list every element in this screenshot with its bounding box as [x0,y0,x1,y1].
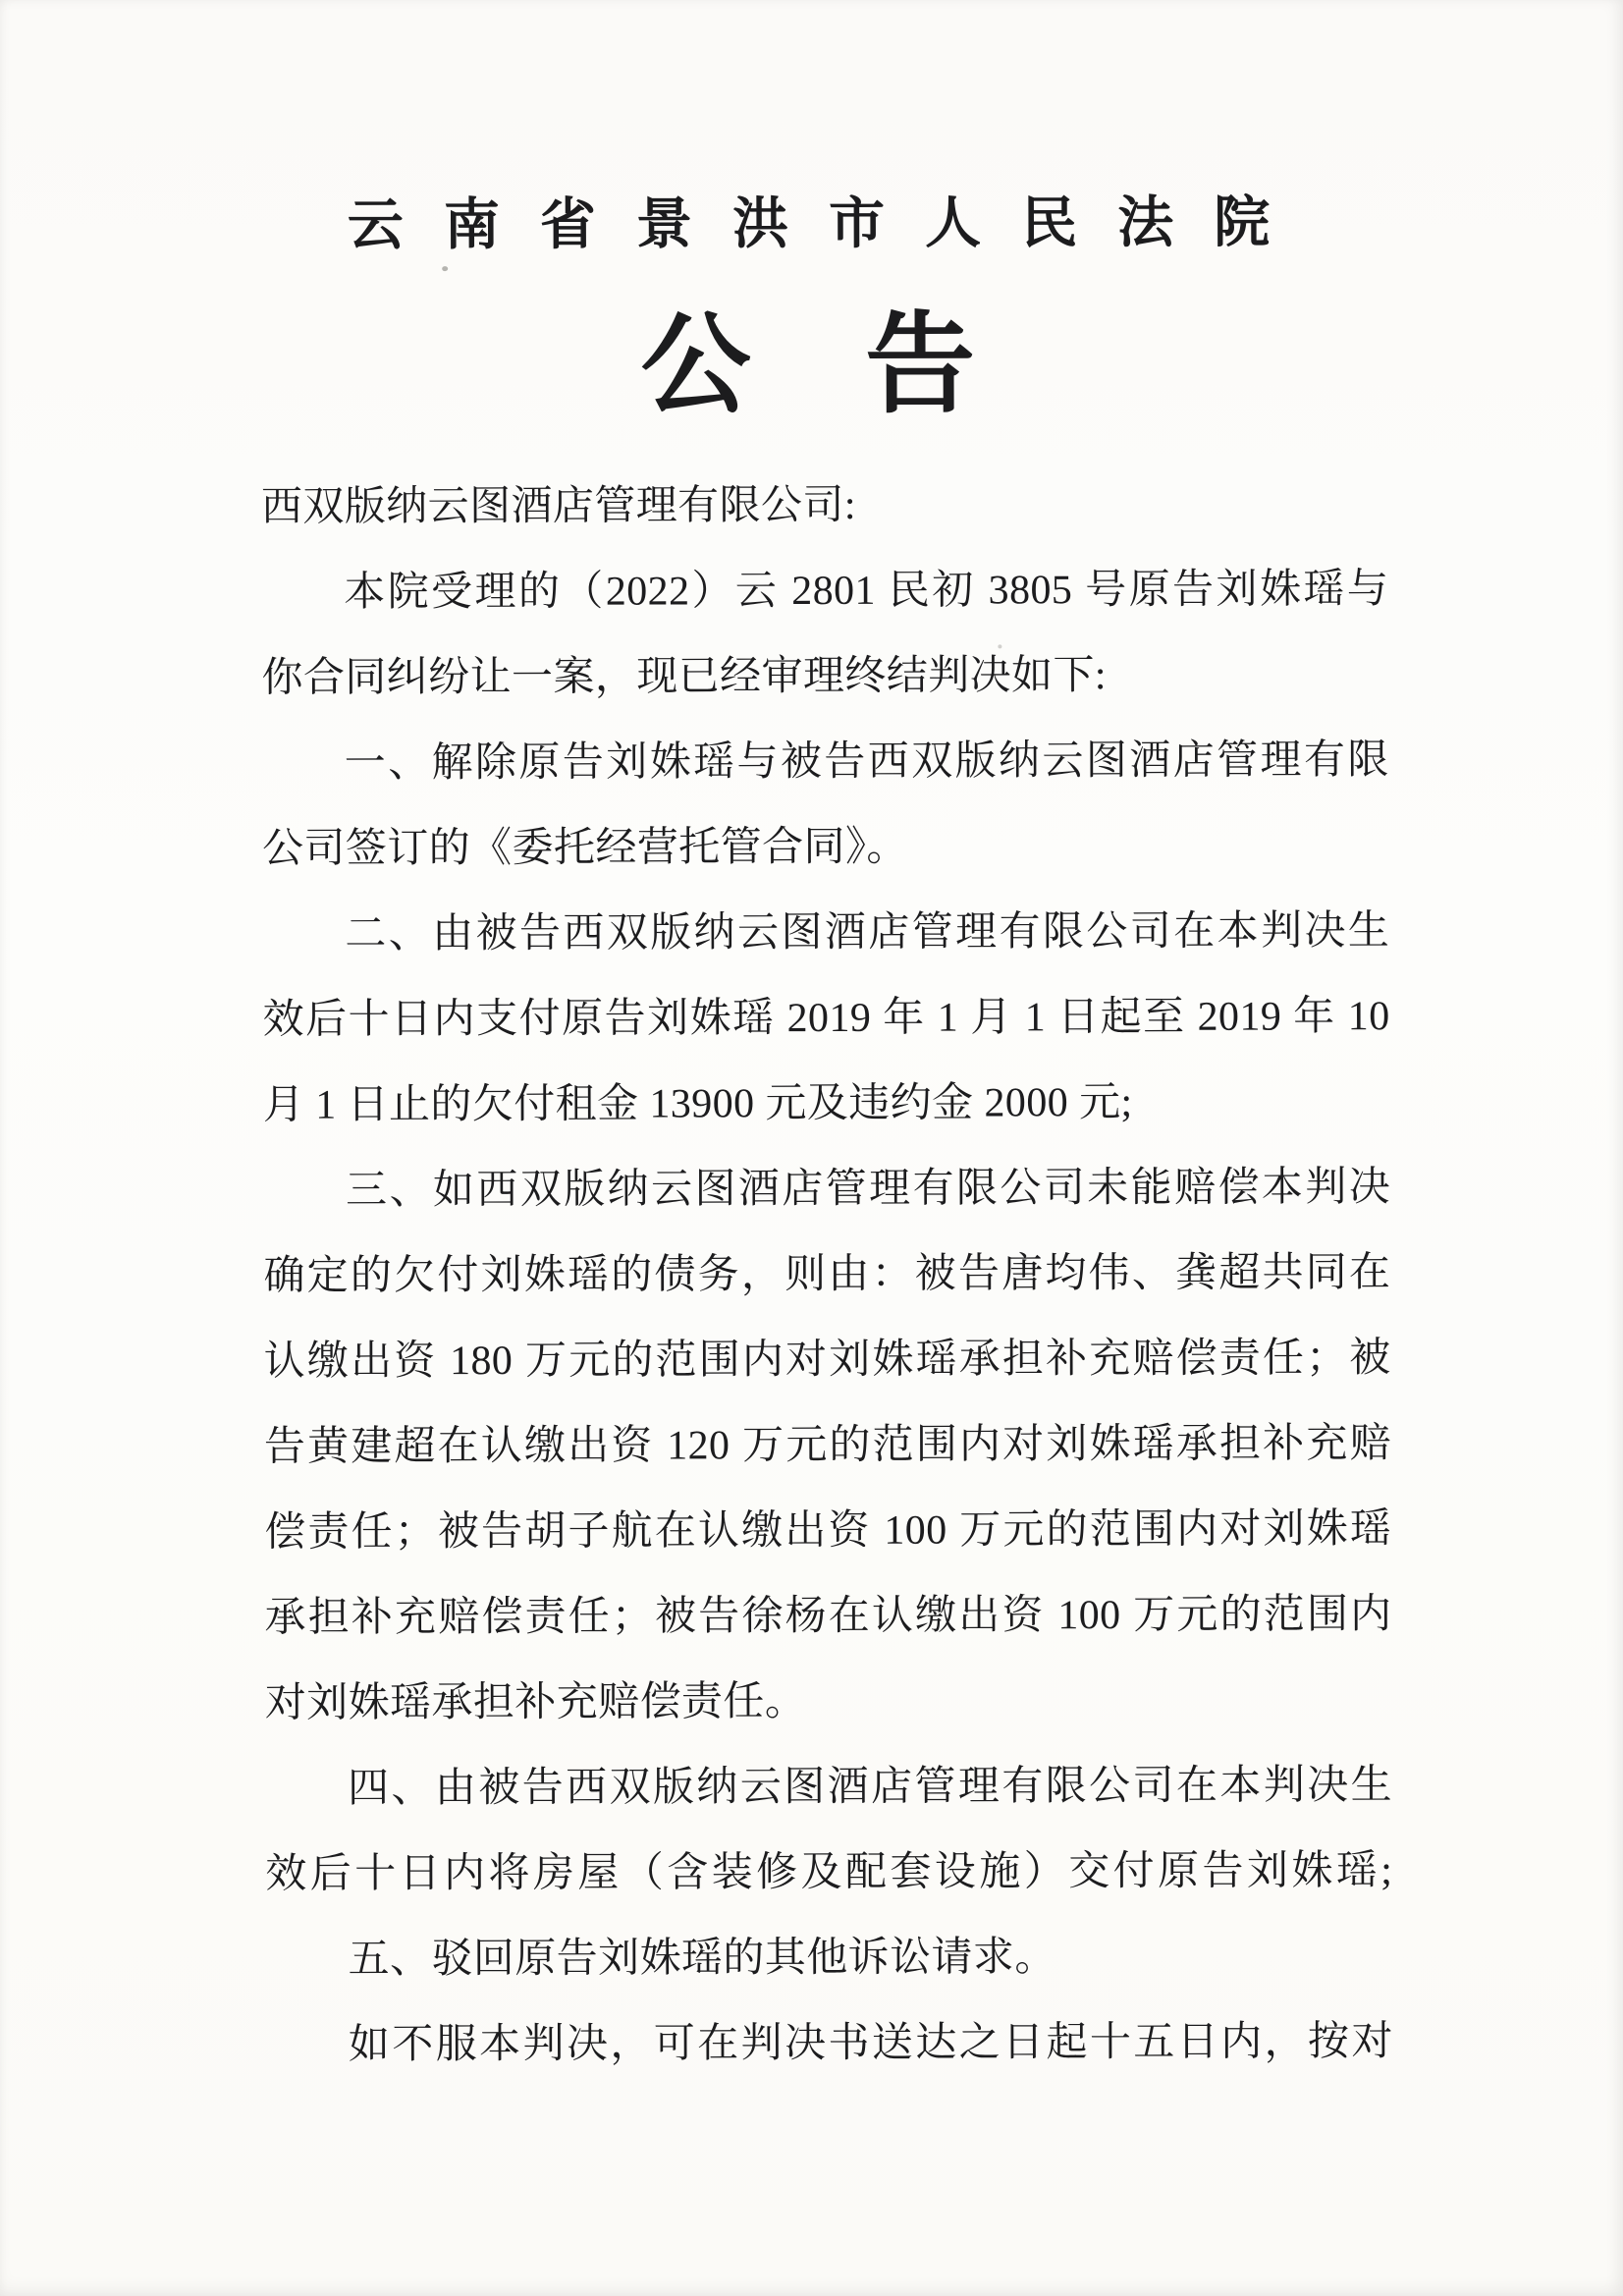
document-line: 四、由被告西双版纳云图酒店管理有限公司在本判决生 [265,1743,1392,1832]
document-line: 认缴出资 180 万元的范围内对刘姝瑶承担补充赔偿责任；被 [264,1316,1391,1405]
document-line: 你合同纠纷让一案，现已经审理终结判决如下: [261,632,1388,722]
document-line: 效后十日内支付原告刘姝瑶 2019 年 1 月 1 日起至 2019 年 10 [262,974,1389,1064]
document-line: 五、驳回原告刘姝瑶的其他诉讼请求。 [265,1914,1392,2003]
document-line: 公司签订的《委托经营托管合同》。 [262,803,1389,893]
document-body: 西双版纳云图酒店管理有限公司: 本院受理的（2022）云 2801 民初 380… [261,462,1393,2089]
document-line: 一、解除原告刘姝瑶与被告西双版纳云图酒店管理有限 [262,718,1389,807]
scanned-document-page: 云南省景洪市人民法院 公 告 西双版纳云图酒店管理有限公司: 本院受理的（202… [0,0,1623,2296]
document-line: 月 1 日止的欠付租金 13900 元及违约金 2000 元; [263,1060,1390,1149]
document-line: 承担补充赔偿责任；被告徐杨在认缴出资 100 万元的范围内 [264,1572,1391,1662]
scan-speck [998,644,1001,648]
document-line: 本院受理的（2022）云 2801 民初 3805 号原告刘姝瑶与 [261,547,1388,636]
document-line: 偿责任；被告胡子航在认缴出资 100 万元的范围内对刘姝瑶 [264,1487,1391,1576]
court-name-heading: 云南省景洪市人民法院 [0,191,1620,258]
document-sheet: 云南省景洪市人民法院 公 告 西双版纳云图酒店管理有限公司: 本院受理的（202… [0,0,1623,2296]
salutation-line: 西双版纳云图酒店管理有限公司: [261,462,1388,551]
document-line: 效后十日内将房屋（含装修及配套设施）交付原告刘姝瑶; [265,1829,1392,1918]
document-title: 公 告 [0,301,1621,432]
document-line: 二、由被告西双版纳云图酒店管理有限公司在本判决生 [262,889,1389,978]
document-line: 确定的欠付刘姝瑶的债务，则由：被告唐均伟、龚超共同在 [263,1230,1390,1320]
document-line: 三、如西双版纳云图酒店管理有限公司未能赔偿本判决 [263,1145,1390,1234]
document-line: 对刘姝瑶承担补充赔偿责任。 [265,1658,1392,1747]
scan-speck [442,266,448,271]
document-line: 如不服本判决，可在判决书送达之日起十五日内，按对 [266,1999,1393,2089]
document-line: 告黄建超在认缴出资 120 万元的范围内对刘姝瑶承担补充赔 [264,1401,1391,1491]
